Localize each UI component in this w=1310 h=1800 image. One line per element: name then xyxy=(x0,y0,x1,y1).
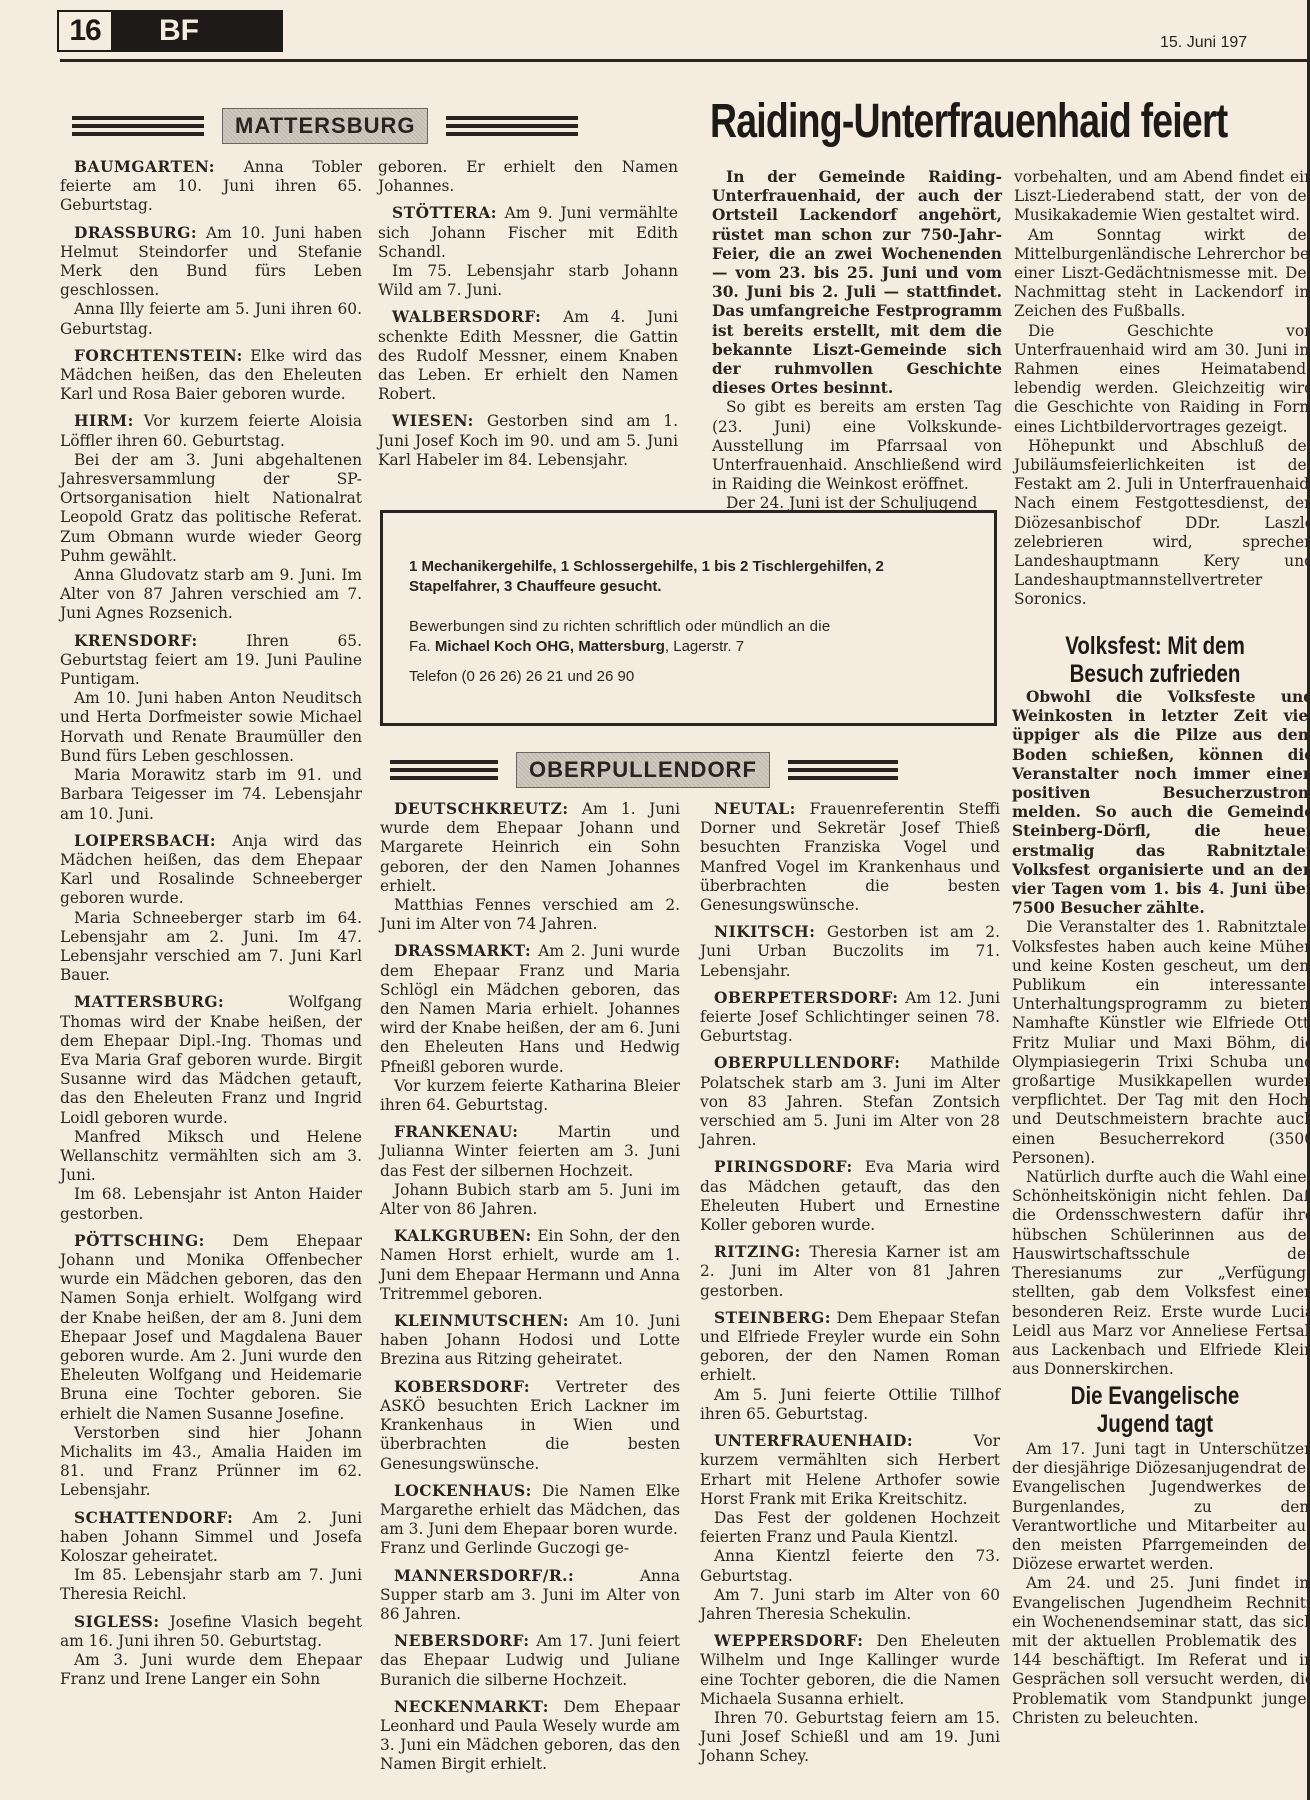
banner-rule-left xyxy=(390,760,498,780)
notice-item: Im 75. Lebensjahr starb Johann Wild am 7… xyxy=(378,262,678,300)
oberpullendorf-column-1: DEUTSCHKREUTZ: Am 1. Juni wurde dem Ehep… xyxy=(380,800,680,1775)
notice-place: KLEINMUTSCHEN: xyxy=(394,1312,569,1330)
ad-address: , Lagerstr. 7 xyxy=(665,638,744,655)
notice-item: Anna Illy feierte am 5. Juni ihren 60. G… xyxy=(60,300,362,338)
notice-text: geboren. Er erhielt den Namen Johannes. xyxy=(378,158,678,195)
notice-place: NECKENMARKT: xyxy=(394,1698,549,1716)
notice-text: Anna Gludovatz starb am 9. Juni. Im Alte… xyxy=(60,566,362,622)
notice-item: LOIPERSBACH: Anja wird das Mädchen heiße… xyxy=(60,832,362,909)
notice-item: WIESEN: Gestorben sind am 1. Juni Josef … xyxy=(378,412,678,470)
notice-text: Am 10. Juni haben Anton Neuditsch und He… xyxy=(60,689,362,765)
feature-column-2: vorbehalten, und am Abend findet ein Lis… xyxy=(1014,168,1310,610)
notice-text: Maria Morawitz starb im 91. und Barbara … xyxy=(60,766,362,822)
notice-item: DRASSBURG: Am 10. Juni haben Helmut Stei… xyxy=(60,224,362,301)
notice-text: Im 68. Lebensjahr ist Anton Haider gesto… xyxy=(60,1185,362,1222)
feature-column-1: In der Gemeinde Raiding-Unterfrauenhaid,… xyxy=(712,168,1002,514)
volksfest-paragraph: Natürlich durfte auch die Wahl einer Sch… xyxy=(1012,1168,1310,1379)
section-label-oberpullendorf: OBERPULLENDORF xyxy=(516,752,770,788)
notice-place: UNTERFRAUENHAID: xyxy=(714,1432,913,1450)
notice-place: KRENSDORF: xyxy=(74,632,198,650)
notice-item: STÖTTERA: Am 9. Juni vermählte sich Joha… xyxy=(378,204,678,262)
notice-text: Ihren 70. Geburtstag feiern am 15. Juni … xyxy=(700,1709,1000,1765)
notice-item: OBERPETERSDORF: Am 12. Juni feierte Jose… xyxy=(700,989,1000,1047)
notice-item: OBERPULLENDORF: Mathilde Polatschek star… xyxy=(700,1054,1000,1150)
notice-text: Maria Schneeberger starb im 64. Lebensja… xyxy=(60,909,362,985)
notice-text: Franz und Gerlinde Guczogi ge- xyxy=(380,1539,629,1557)
feature-paragraph: Am Sonntag wirkt der Mittelburgenländisc… xyxy=(1014,226,1310,322)
section-banner-oberpullendorf: OBERPULLENDORF xyxy=(390,752,898,788)
notice-item: geboren. Er erhielt den Namen Johannes. xyxy=(378,158,678,196)
notice-place: KALKGRUBEN: xyxy=(394,1227,532,1245)
notice-item: Anna Kientzl feierte den 73. Geburtstag. xyxy=(700,1547,1000,1585)
notice-item: DEUTSCHKREUTZ: Am 1. Juni wurde dem Ehep… xyxy=(380,800,680,896)
notice-text: Johann Bubich starb am 5. Juni im Alter … xyxy=(380,1181,680,1218)
notice-place: FRANKENAU: xyxy=(394,1123,518,1141)
ad-company-prefix: Fa. xyxy=(409,638,435,655)
notice-item: KRENSDORF: Ihren 65. Geburtstag feiert a… xyxy=(60,632,362,690)
notice-item: KOBERSDORF: Vertreter des ASKÖ besuchten… xyxy=(380,1378,680,1474)
notice-item: Im 85. Lebensjahr starb am 7. Juni There… xyxy=(60,1566,362,1604)
banner-rule-right xyxy=(446,116,578,136)
notice-item: UNTERFRAUENHAID: Vor kurzem vermählten s… xyxy=(700,1432,1000,1509)
notice-place: LOCKENHAUS: xyxy=(394,1482,532,1500)
notice-item: LOCKENHAUS: Die Namen Elke Margarethe er… xyxy=(380,1482,680,1540)
notice-item: Matthias Fennes verschied am 2. Juni im … xyxy=(380,896,680,934)
notice-text: Das Fest der goldenen Hochzeit feierten … xyxy=(700,1509,1000,1546)
notice-item: BAUMGARTEN: Anna Tobler feierte am 10. J… xyxy=(60,158,362,216)
notice-item: Johann Bubich starb am 5. Juni im Alter … xyxy=(380,1181,680,1219)
notice-item: KALKGRUBEN: Ein Sohn, der den Namen Hors… xyxy=(380,1227,680,1304)
notice-place: MANNERSDORF/R.: xyxy=(394,1567,574,1585)
feature-paragraph: So gibt es bereits am ersten Tag (23. Ju… xyxy=(712,398,1002,494)
notice-item: Am 10. Juni haben Anton Neuditsch und He… xyxy=(60,689,362,766)
notice-text: Am 7. Juni starb im Alter von 60 Jahren … xyxy=(700,1586,1000,1623)
notice-text: Am 3. Juni wurde dem Ehepaar Franz und I… xyxy=(60,1651,362,1688)
notice-item: Vor kurzem feierte Katharina Bleier ihre… xyxy=(380,1077,680,1115)
notice-text: Vor kurzem feierte Katharina Bleier ihre… xyxy=(380,1077,680,1114)
notice-item: Maria Morawitz starb im 91. und Barbara … xyxy=(60,766,362,824)
notice-item: Anna Gludovatz starb am 9. Juni. Im Alte… xyxy=(60,566,362,624)
evangelisch-paragraph: Am 17. Juni tagt in Unterschützen der di… xyxy=(1012,1440,1310,1574)
notice-item: MANNERSDORF/R.: Anna Supper starb am 3. … xyxy=(380,1567,680,1625)
notice-place: NIKITSCH: xyxy=(714,923,815,941)
notice-text: Verstorben sind hier Johann Michalits im… xyxy=(60,1424,362,1500)
page-masthead: 16 BF xyxy=(57,10,283,52)
notice-item: NEBERSDORF: Am 17. Juni feiert das Ehepa… xyxy=(380,1632,680,1690)
notice-item: MATTERSBURG: Wolfgang Thomas wird der Kn… xyxy=(60,993,362,1127)
notice-item: PÖTTSCHING: Dem Ehepaar Johann und Monik… xyxy=(60,1232,362,1424)
notice-item: Das Fest der goldenen Hochzeit feierten … xyxy=(700,1509,1000,1547)
feature-paragraph: Höhepunkt und Abschluß der Jubiläumsfeie… xyxy=(1014,437,1310,610)
notice-text: Dem Ehepaar Johann und Monika Offenbeche… xyxy=(60,1232,362,1423)
notice-place: LOIPERSBACH: xyxy=(74,832,216,850)
notice-place: DRASSMARKT: xyxy=(394,942,531,960)
ad-phone: Telefon (0 26 26) 26 21 und 26 90 xyxy=(409,667,968,687)
notice-place: STEINBERG: xyxy=(714,1309,831,1327)
notice-item: HIRM: Vor kurzem feierte Aloisia Löffler… xyxy=(60,412,362,450)
page-number: 16 xyxy=(59,12,111,50)
notice-place: OBERPULLENDORF: xyxy=(714,1054,900,1072)
notice-place: SIGLESS: xyxy=(74,1613,160,1631)
notice-text: Im 85. Lebensjahr starb am 7. Juni There… xyxy=(60,1566,362,1603)
ad-company: Michael Koch OHG, Mattersburg xyxy=(435,638,665,655)
notice-place: OBERPETERSDORF: xyxy=(714,989,898,1007)
notice-item: PIRINGSDORF: Eva Maria wird das Mädchen … xyxy=(700,1158,1000,1235)
notice-item: Am 5. Juni feierte Ottilie Tillhof ihren… xyxy=(700,1386,1000,1424)
evangelisch-article: Am 17. Juni tagt in Unterschützen der di… xyxy=(1012,1440,1310,1728)
notice-place: FORCHTENSTEIN: xyxy=(74,347,243,365)
notice-place: NEUTAL: xyxy=(714,800,796,818)
oberpullendorf-column-2: NEUTAL: Frauenreferentin Steffi Dorner u… xyxy=(700,800,1000,1767)
notice-place: DEUTSCHKREUTZ: xyxy=(394,800,569,818)
notice-place: SCHATTENDORF: xyxy=(74,1509,233,1527)
paper-code: BF xyxy=(111,12,281,50)
banner-rule-right xyxy=(788,760,898,780)
issue-date: 15. Juni 197 xyxy=(1160,34,1247,52)
notice-item: Franz und Gerlinde Guczogi ge- xyxy=(380,1539,680,1558)
notice-item: Maria Schneeberger starb im 64. Lebensja… xyxy=(60,909,362,986)
ad-company-line: Fa. Michael Koch OHG, Mattersburg, Lager… xyxy=(409,637,968,657)
notice-text: Matthias Fennes verschied am 2. Juni im … xyxy=(380,896,680,933)
notice-item: FORCHTENSTEIN: Elke wird das Mädchen hei… xyxy=(60,347,362,405)
notice-place: DRASSBURG: xyxy=(74,224,197,242)
volksfest-lead: Obwohl die Volksfeste und Weinkosten in … xyxy=(1012,688,1310,918)
notice-item: NECKENMARKT: Dem Ehepaar Leonhard und Pa… xyxy=(380,1698,680,1775)
feature-headline: Raiding-Unterfrauenhaid feiert xyxy=(710,96,1178,149)
notice-place: KOBERSDORF: xyxy=(394,1378,530,1396)
notice-place: WEPPERSDORF: xyxy=(714,1632,863,1650)
notice-text: Manfred Miksch und Helene Wellanschitz v… xyxy=(60,1128,362,1184)
banner-rule-left xyxy=(72,116,204,136)
notice-place: HIRM: xyxy=(74,412,134,430)
notice-item: Verstorben sind hier Johann Michalits im… xyxy=(60,1424,362,1501)
notice-place: RITZING: xyxy=(714,1243,801,1261)
notice-item: STEINBERG: Dem Ehepaar Stefan und Elfrie… xyxy=(700,1309,1000,1386)
evangelisch-paragraph: Am 24. und 25. Juni findet im Evangelisc… xyxy=(1012,1574,1310,1728)
notice-item: Am 3. Juni wurde dem Ehepaar Franz und I… xyxy=(60,1651,362,1689)
feature-paragraph: vorbehalten, und am Abend findet ein Lis… xyxy=(1014,168,1310,226)
notice-place: MATTERSBURG: xyxy=(74,993,224,1011)
notice-item: NIKITSCH: Gestorben ist am 2. Juni Urban… xyxy=(700,923,1000,981)
ad-jobs: 1 Mechanikergehilfe, 1 Schlossergehilfe,… xyxy=(409,557,968,597)
volksfest-paragraph: Die Veranstalter des 1. Rabnitztaler Vol… xyxy=(1012,918,1310,1168)
ad-apply-text: Bewerbungen sind zu richten schriftlich … xyxy=(409,617,968,637)
notice-text: Anna Illy feierte am 5. Juni ihren 60. G… xyxy=(60,300,362,337)
notice-item: DRASSMARKT: Am 2. Juni wurde dem Ehepaar… xyxy=(380,942,680,1076)
notice-place: NEBERSDORF: xyxy=(394,1632,530,1650)
notice-item: Ihren 70. Geburtstag feiern am 15. Juni … xyxy=(700,1709,1000,1767)
notice-item: WALBERSDORF: Am 4. Juni schenkte Edith M… xyxy=(378,308,678,404)
volksfest-article: Obwohl die Volksfeste und Weinkosten in … xyxy=(1012,688,1310,1379)
volksfest-headline: Volksfest: Mit dem Besuch zufrieden xyxy=(1032,632,1278,688)
evangelisch-headline: Die Evangelische Jugend tagt xyxy=(1032,1382,1278,1438)
notice-item: KLEINMUTSCHEN: Am 10. Juni haben Johann … xyxy=(380,1312,680,1370)
notice-item: SIGLESS: Josefine Vlasich begeht am 16. … xyxy=(60,1613,362,1651)
notice-item: RITZING: Theresia Karner ist am 2. Juni … xyxy=(700,1243,1000,1301)
section-label-mattersburg: MATTERSBURG xyxy=(222,108,428,144)
notice-place: PÖTTSCHING: xyxy=(74,1232,205,1250)
notice-item: FRANKENAU: Martin und Julianna Winter fe… xyxy=(380,1123,680,1181)
notice-text: Bei der am 3. Juni abgehaltenen Jahresve… xyxy=(60,451,362,565)
mattersburg-column-1: BAUMGARTEN: Anna Tobler feierte am 10. J… xyxy=(60,158,362,1689)
notice-text: Am 2. Juni wurde dem Ehepaar Franz und M… xyxy=(380,942,680,1075)
notice-item: Bei der am 3. Juni abgehaltenen Jahresve… xyxy=(60,451,362,566)
notice-item: Manfred Miksch und Helene Wellanschitz v… xyxy=(60,1128,362,1186)
header-rule xyxy=(60,59,1310,62)
feature-paragraph: Die Geschichte von Unterfrauenhaid wird … xyxy=(1014,322,1310,437)
notice-item: NEUTAL: Frauenreferentin Steffi Dorner u… xyxy=(700,800,1000,915)
section-banner-mattersburg: MATTERSBURG xyxy=(72,108,578,144)
notice-item: Am 7. Juni starb im Alter von 60 Jahren … xyxy=(700,1586,1000,1624)
notice-place: STÖTTERA: xyxy=(392,204,497,222)
notice-item: SCHATTENDORF: Am 2. Juni haben Johann Si… xyxy=(60,1509,362,1567)
notice-place: WIESEN: xyxy=(392,412,474,430)
notice-text: Am 5. Juni feierte Ottilie Tillhof ihren… xyxy=(700,1386,1000,1423)
notice-item: WEPPERSDORF: Den Eheleuten Wilhelm und I… xyxy=(700,1632,1000,1709)
notice-place: BAUMGARTEN: xyxy=(74,158,215,176)
notice-text: Anna Kientzl feierte den 73. Geburtstag. xyxy=(700,1547,1000,1584)
notice-place: PIRINGSDORF: xyxy=(714,1158,853,1176)
notice-text: Im 75. Lebensjahr starb Johann Wild am 7… xyxy=(378,262,678,299)
notice-item: Im 68. Lebensjahr ist Anton Haider gesto… xyxy=(60,1185,362,1223)
notice-text: Wolfgang Thomas wird der Knabe heißen, d… xyxy=(60,993,362,1126)
notice-place: WALBERSDORF: xyxy=(392,308,541,326)
mattersburg-column-2: geboren. Er erhielt den Namen Johannes.S… xyxy=(378,158,678,470)
feature-lead: In der Gemeinde Raiding-Unterfrauenhaid,… xyxy=(712,168,1002,398)
job-advertisement: 1 Mechanikergehilfe, 1 Schlossergehilfe,… xyxy=(380,510,997,726)
